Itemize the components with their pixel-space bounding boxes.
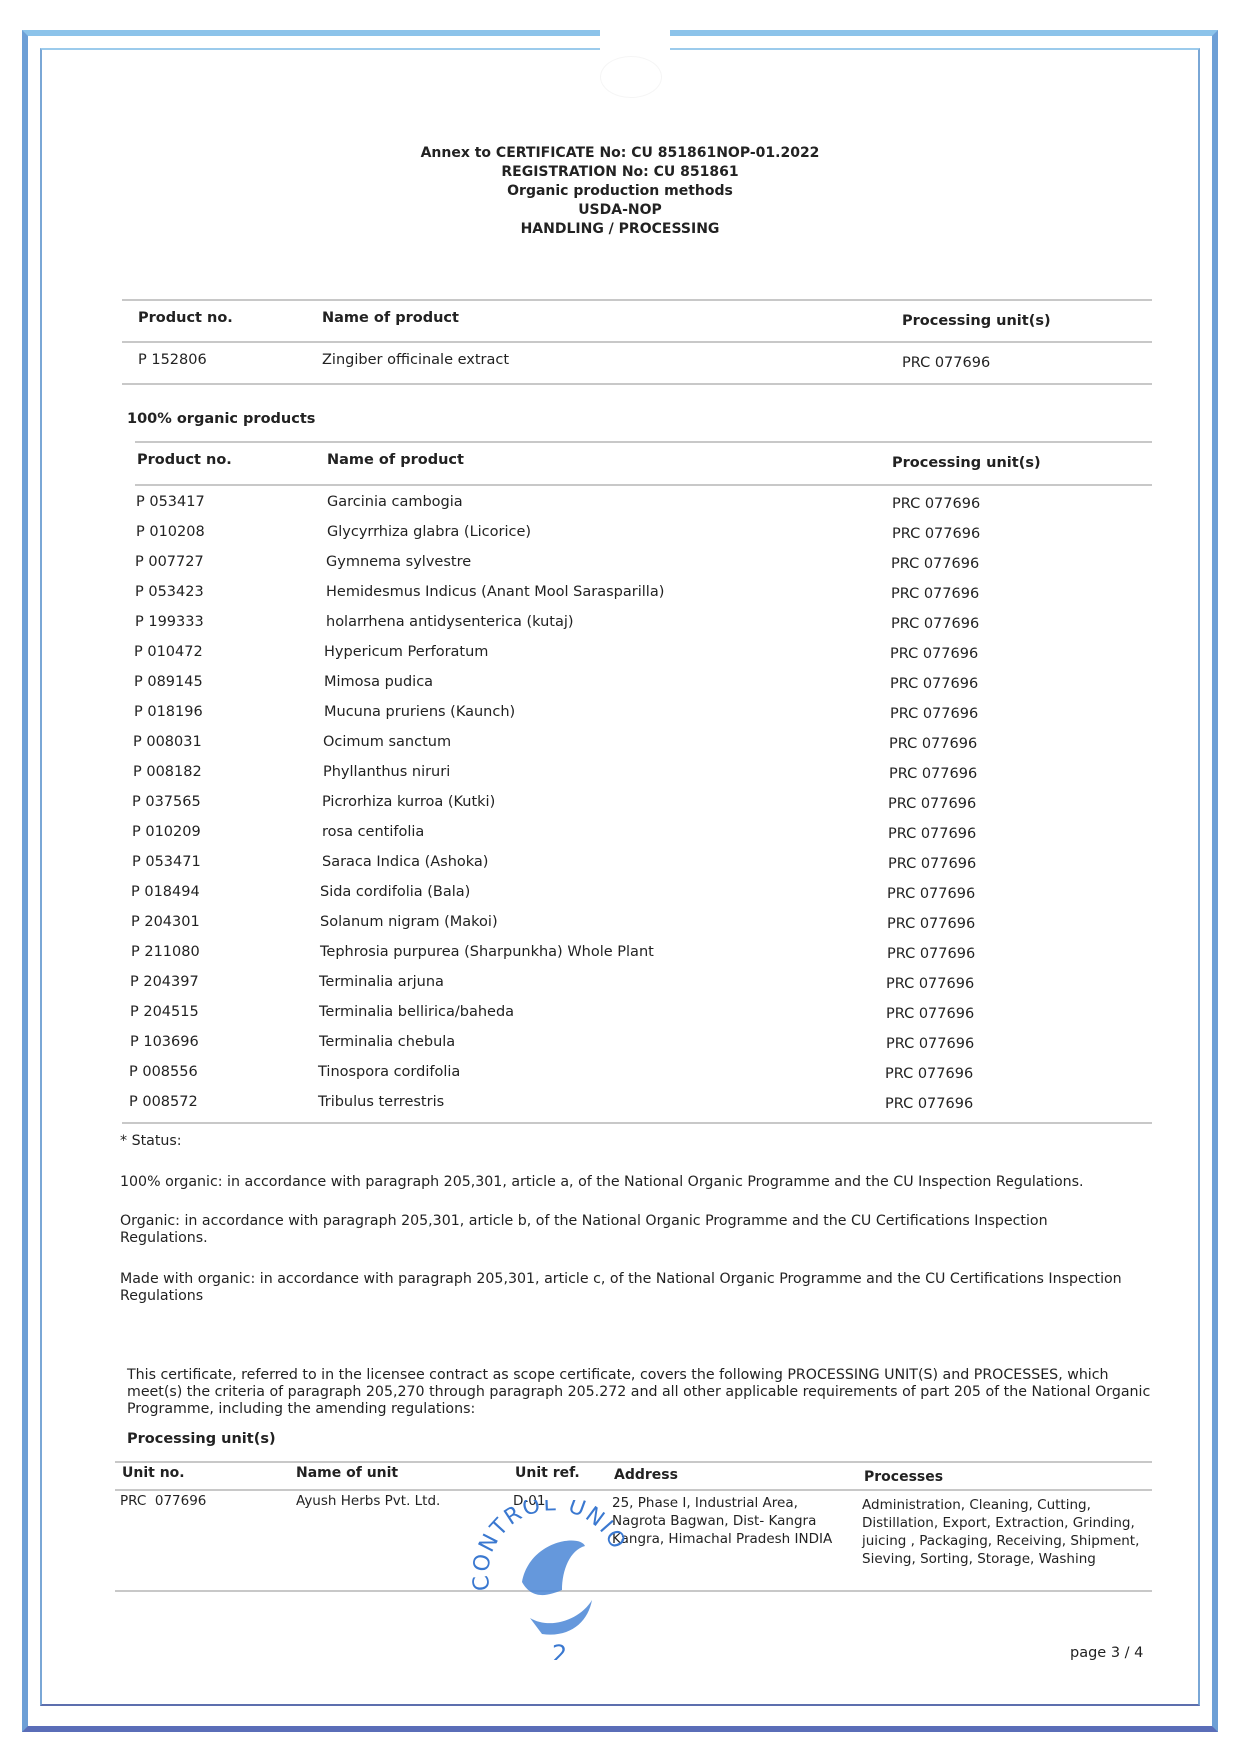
production-methods: Organic production methods: [0, 182, 1240, 201]
processing-unit: PRC 077696: [891, 586, 979, 602]
column-header-unit-ref: Unit ref.: [515, 1465, 580, 1481]
unit-no: PRC 077696: [120, 1492, 206, 1510]
product-no: P 103696: [130, 1034, 199, 1050]
watermark-emblem-icon: [600, 56, 662, 98]
product-name: Mucuna pruriens (Kaunch): [324, 704, 515, 720]
status-100-organic: 100% organic: in accordance with paragra…: [120, 1174, 1160, 1191]
scope-statement: This certificate, referred to in the lic…: [127, 1367, 1152, 1418]
status-made-with-organic: Made with organic: in accordance with pa…: [120, 1271, 1170, 1305]
table-rule: [122, 383, 1152, 385]
product-no: P 089145: [134, 674, 203, 690]
certificate-header: Annex to CERTIFICATE No: CU 851861NOP-01…: [0, 144, 1240, 239]
processing-unit: PRC 077696: [885, 1066, 973, 1082]
product-no: P 152806: [138, 352, 207, 368]
product-no: P 010208: [136, 524, 205, 540]
processing-unit: PRC 077696: [887, 946, 975, 962]
product-name: Hemidesmus Indicus (Anant Mool Saraspari…: [326, 584, 664, 600]
processing-unit: PRC 077696: [891, 616, 979, 632]
section-title-100-organic: 100% organic products: [127, 411, 315, 427]
processing-unit: PRC 077696: [889, 766, 977, 782]
processing-unit: PRC 077696: [891, 556, 979, 572]
product-name: Tephrosia purpurea (Sharpunkha) Whole Pl…: [320, 944, 654, 960]
processing-unit: PRC 077696: [885, 1096, 973, 1112]
product-no: P 018494: [131, 884, 200, 900]
product-no: P 037565: [132, 794, 201, 810]
product-no: P 008572: [129, 1094, 198, 1110]
certificate-number: Annex to CERTIFICATE No: CU 851861NOP-01…: [0, 144, 1240, 163]
processing-unit: PRC 077696: [886, 976, 974, 992]
product-name: Phyllanthus niruri: [323, 764, 450, 780]
processing-unit: PRC 077696: [887, 886, 975, 902]
column-header-processes: Processes: [864, 1469, 943, 1485]
product-no: P 018196: [134, 704, 203, 720]
scope-type: HANDLING / PROCESSING: [0, 220, 1240, 239]
table-rule: [135, 441, 1152, 443]
processing-unit: PRC 077696: [890, 706, 978, 722]
registration-number: REGISTRATION No: CU 851861: [0, 163, 1240, 182]
product-name: rosa centifolia: [322, 824, 424, 840]
column-header-name: Name of product: [322, 310, 459, 326]
product-name: holarrhena antidysenterica (kutaj): [326, 614, 574, 630]
product-name: Terminalia chebula: [319, 1034, 455, 1050]
product-no: P 211080: [131, 944, 200, 960]
processing-unit: PRC 077696: [892, 526, 980, 542]
processing-unit: PRC 077696: [890, 676, 978, 692]
table-rule: [122, 299, 1152, 301]
processing-unit: PRC 077696: [888, 826, 976, 842]
processing-unit: PRC 077696: [892, 496, 980, 512]
product-no: P 008556: [129, 1064, 198, 1080]
status-organic: Organic: in accordance with paragraph 20…: [120, 1213, 1100, 1247]
product-name: Gymnema sylvestre: [326, 554, 471, 570]
status-heading: * Status:: [120, 1133, 182, 1150]
product-no: P 204301: [131, 914, 200, 930]
product-no: P 053423: [135, 584, 204, 600]
unit-address: 25, Phase I, Industrial Area, Nagrota Ba…: [612, 1494, 834, 1548]
product-no: P 008182: [133, 764, 202, 780]
processing-unit: PRC 077696: [890, 646, 978, 662]
processing-unit: PRC 077696: [886, 1036, 974, 1052]
table-rule: [115, 1590, 1152, 1592]
product-name: Tinospora cordifolia: [318, 1064, 460, 1080]
product-name: Garcinia cambogia: [327, 494, 463, 510]
inner-border: [40, 48, 1200, 1706]
product-name: Picrorhiza kurroa (Kutki): [322, 794, 495, 810]
product-name: Hypericum Perforatum: [324, 644, 488, 660]
product-name: Zingiber officinale extract: [322, 352, 509, 368]
product-name: Saraca Indica (Ashoka): [322, 854, 488, 870]
column-header-unit-name: Name of unit: [296, 1465, 398, 1481]
product-name: Ocimum sanctum: [323, 734, 451, 750]
product-no: P 053471: [132, 854, 201, 870]
standard: USDA-NOP: [0, 201, 1240, 220]
processing-unit: PRC 077696: [886, 1006, 974, 1022]
product-name: Tribulus terrestris: [318, 1094, 444, 1110]
product-name: Glycyrrhiza glabra (Licorice): [327, 524, 531, 540]
unit-name: Ayush Herbs Pvt. Ltd.: [296, 1492, 440, 1510]
top-emblem-gap: [600, 24, 670, 54]
product-name: Terminalia bellirica/baheda: [319, 1004, 514, 1020]
unit-processes: Administration, Cleaning, Cutting, Disti…: [862, 1496, 1152, 1568]
column-header-product-no: Product no.: [138, 310, 233, 326]
page-indicator: page 3 / 4: [1070, 1645, 1143, 1661]
product-no: P 204515: [130, 1004, 199, 1020]
unit-ref: D-01: [513, 1492, 545, 1510]
processing-unit: PRC 077696: [889, 736, 977, 752]
product-name: Terminalia arjuna: [319, 974, 444, 990]
column-header-unit: Processing unit(s): [902, 313, 1051, 329]
column-header-product-no: Product no.: [137, 452, 232, 468]
product-no: P 053417: [136, 494, 205, 510]
product-name: Solanum nigram (Makoi): [320, 914, 498, 930]
product-no: P 008031: [133, 734, 202, 750]
table-rule: [115, 1489, 1152, 1491]
product-no: P 204397: [130, 974, 199, 990]
table-rule: [115, 1461, 1152, 1463]
column-header-unit: Processing unit(s): [892, 455, 1041, 471]
column-header-unit-no: Unit no.: [122, 1465, 185, 1481]
column-header-address: Address: [614, 1467, 678, 1483]
table-rule: [122, 341, 1152, 343]
processing-unit: PRC 077696: [887, 916, 975, 932]
product-name: Mimosa pudica: [324, 674, 433, 690]
product-no: P 010209: [132, 824, 201, 840]
processing-unit: PRC 077696: [888, 796, 976, 812]
product-no: P 010472: [134, 644, 203, 660]
product-no: P 199333: [135, 614, 204, 630]
processing-unit: PRC 077696: [902, 355, 990, 371]
section-title-processing-units: Processing unit(s): [127, 1431, 276, 1447]
table-rule: [122, 1122, 1152, 1124]
product-name: Sida cordifolia (Bala): [320, 884, 470, 900]
column-header-name: Name of product: [327, 452, 464, 468]
product-no: P 007727: [135, 554, 204, 570]
processing-unit: PRC 077696: [888, 856, 976, 872]
table-rule: [135, 484, 1152, 486]
